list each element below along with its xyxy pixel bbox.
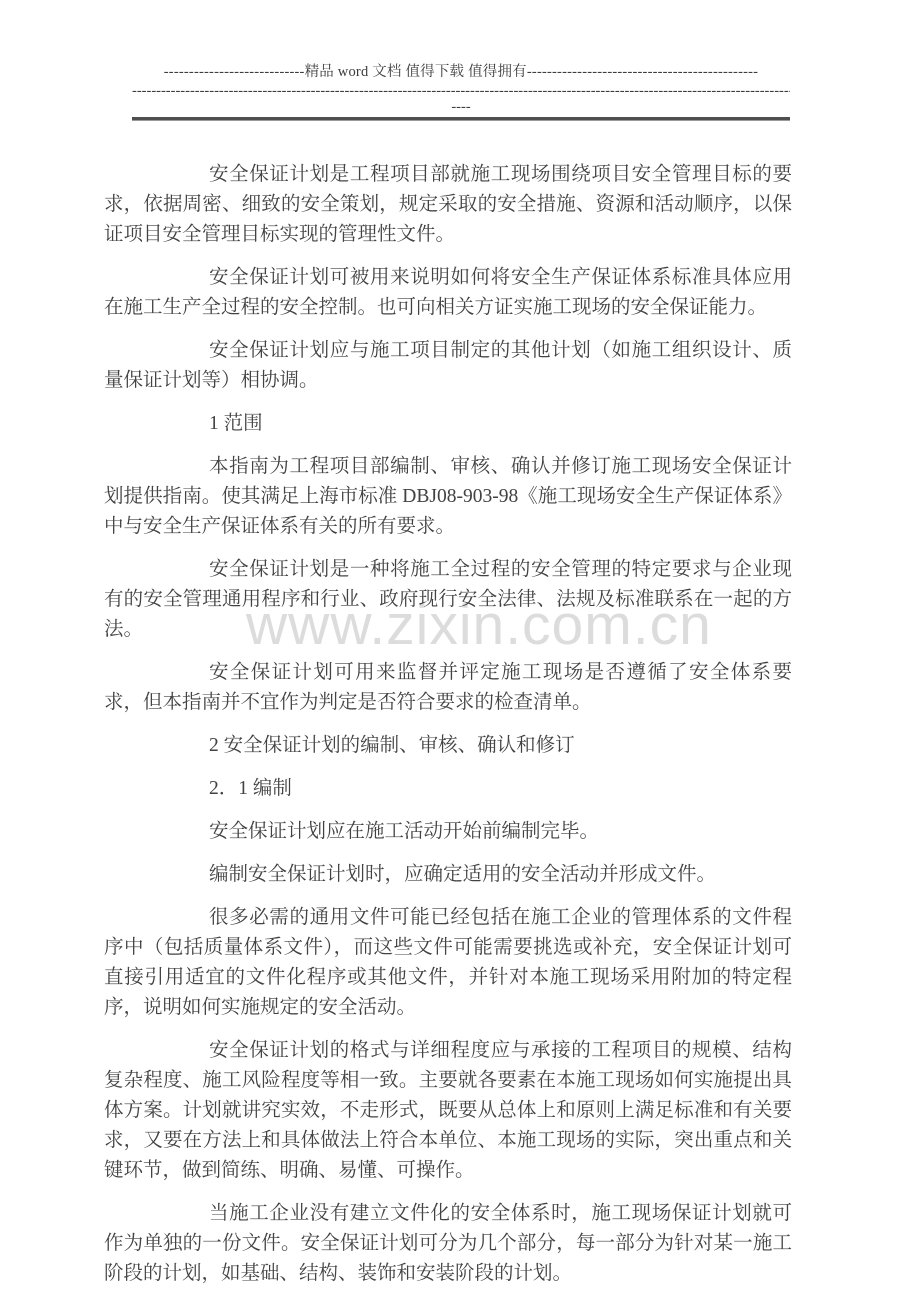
page-header: ----------------------------精品 word 文档 值… <box>132 63 790 121</box>
paragraph-definition: 安全保证计划是工程项目部就施工现场围绕项目安全管理目标的要求，依据周密、细致的安… <box>104 160 792 250</box>
paragraph-supervision: 安全保证计划可用来监督并评定施工现场是否遵循了安全体系要求，但本指南并不宜作为判… <box>104 658 792 718</box>
header-divider-rule <box>132 117 790 121</box>
heading-section-2: 2 安全保证计划的编制、审核、确认和修订 <box>104 731 792 761</box>
paragraph-completion-time: 安全保证计划应在施工活动开始前编制完毕。 <box>104 817 792 847</box>
paragraph-standalone-file: 当施工企业没有建立文件化的安全体系时，施工现场保证计划就可作为单独的一份文件。安… <box>104 1199 792 1289</box>
paragraph-common-documents: 很多必需的通用文件可能已经包括在施工企业的管理体系的文件程序中（包括质量体系文件… <box>104 903 792 1023</box>
paragraph-guide-basis: 本指南为工程项目部编制、审核、确认并修订施工现场安全保证计划提供指南。使其满足上… <box>104 452 792 542</box>
paragraph-document-forming: 编制安全保证计划时，应确定适用的安全活动并形成文件。 <box>104 860 792 890</box>
paragraph-purpose: 安全保证计划可被用来说明如何将安全生产保证体系标准具体应用在施工生产全过程的安全… <box>104 263 792 323</box>
document-page: { "page": { "header": { "line1": "------… <box>0 0 920 1302</box>
header-banner-text: ----------------------------精品 word 文档 值… <box>132 63 790 81</box>
heading-section-2-1: 2．1 编制 <box>104 774 792 804</box>
paragraph-method: 安全保证计划是一种将施工全过程的安全管理的特定要求与企业现有的安全管理通用程序和… <box>104 555 792 645</box>
paragraph-format-detail: 安全保证计划的格式与详细程度应与承接的工程项目的规模、结构复杂程度、施工风险程度… <box>104 1036 792 1186</box>
header-dashed-line: ----------------------------------------… <box>132 84 790 98</box>
heading-scope: 1 范围 <box>104 409 792 439</box>
paragraph-coordination: 安全保证计划应与施工项目制定的其他计划（如施工组织设计、质量保证计划等）相协调。 <box>104 336 792 396</box>
document-body: 安全保证计划是工程项目部就施工现场围绕项目安全管理目标的要求，依据周密、细致的安… <box>104 160 792 1302</box>
header-short-dashes: ---- <box>132 100 790 114</box>
